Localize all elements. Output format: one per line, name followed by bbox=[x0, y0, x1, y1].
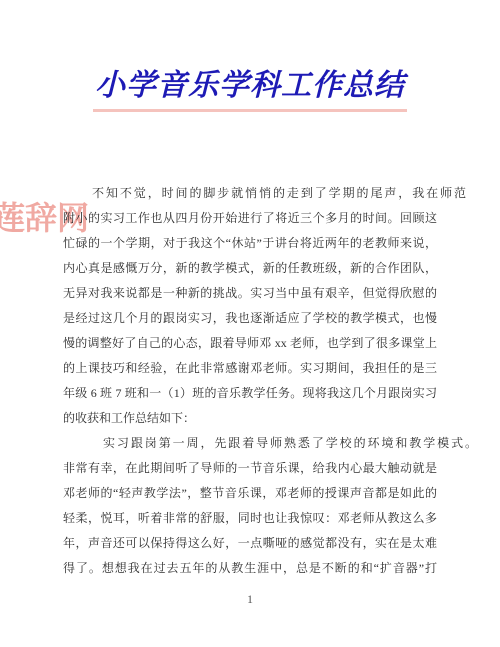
text-line: 慢的调整好了自己的心态，跟着导师邓 xx 老师，也学到了很多课堂上 bbox=[63, 331, 437, 356]
text-line: 忙碌的一个学期，对于我这个“休站”于讲台将近两年的老教师来说， bbox=[63, 231, 437, 256]
text-line: 附小的实习工作也从四月份开始进行了将近三个多月的时间。回顾这 bbox=[63, 206, 437, 231]
text-line: 年，声音还可以保持得这么好，一点嘶哑的感觉都没有，实在是太难 bbox=[63, 531, 437, 556]
text-line: 实习跟岗第一周，先跟着导师熟悉了学校的环境和教学模式。 bbox=[63, 431, 477, 456]
text-line: 的上课技巧和经验，在此非常感谢邓老师。实习期间，我担任的是三 bbox=[63, 356, 437, 381]
text-line: 年级 6 班 7 班和一（1）班的音乐教学任务。现将我这几个月跟岗实习 bbox=[63, 381, 437, 406]
document-page: 莲辞网 小学音乐学科工作总结 不知不觉，时间的脚步就悄悄的走到了学期的尾声，我在… bbox=[0, 0, 500, 647]
text-line: 不知不觉，时间的脚步就悄悄的走到了学期的尾声，我在师范 bbox=[63, 181, 466, 206]
document-title: 小学音乐学科工作总结 bbox=[93, 60, 407, 112]
text-line: 内心真是感慨万分，新的教学模式，新的任教班级，新的合作团队， bbox=[63, 256, 437, 281]
text-line: 得了。想想我在过去五年的从教生涯中，总是不断的和“扩音器”打 bbox=[63, 556, 437, 581]
text-line: 邓老师的“轻声教学法”，整节音乐课，邓老师的授课声音都是如此的 bbox=[63, 481, 437, 506]
text-line: 是经过这几个月的跟岗实习，我也逐渐适应了学校的教学模式，也慢 bbox=[63, 306, 437, 331]
text-line: 的收获和工作总结如下： bbox=[63, 406, 437, 431]
page-number: 1 bbox=[0, 592, 500, 607]
text-line: 非常有幸，在此期间听了导师的一节音乐课，给我内心最大触动就是 bbox=[63, 456, 437, 481]
title-row: 小学音乐学科工作总结 bbox=[0, 60, 500, 112]
text-line: 轻柔，悦耳，听着非常的舒服，同时也让我惊叹：邓老师从教这么多 bbox=[63, 506, 437, 531]
text-line: 无异对我来说都是一种新的挑战。实习当中虽有艰辛，但觉得欣慰的 bbox=[63, 281, 437, 306]
document-body: 不知不觉，时间的脚步就悄悄的走到了学期的尾声，我在师范附小的实习工作也从四月份开… bbox=[63, 181, 437, 581]
